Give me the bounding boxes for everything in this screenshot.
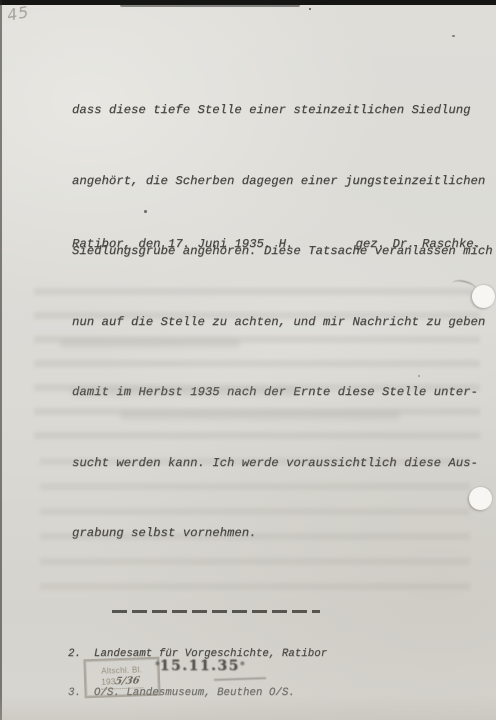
hole-punch-bottom <box>469 487 492 510</box>
scan-top-edge <box>0 0 496 5</box>
body-line: dass diese tiefe Stelle einer steinzeitl… <box>72 99 490 123</box>
signature: gez. Dr. Raschke. <box>356 237 481 251</box>
scanned-document-page: 45 dass diese tiefe Stelle einer steinze… <box>0 0 496 720</box>
stamp-ornament: * <box>240 661 245 671</box>
stamp-ornament: * <box>155 661 160 671</box>
bleed-through-line <box>60 340 240 348</box>
paper-speck <box>144 210 147 213</box>
paper-speck <box>309 8 311 10</box>
handwritten-page-number: 45 <box>6 2 31 25</box>
typewritten-body: dass diese tiefe Stelle einer steinzeitl… <box>72 52 490 593</box>
paper-speck <box>418 375 420 377</box>
dateline: Ratibor, den 17. Juni 1935. H. gez. Dr. … <box>72 237 481 251</box>
registry-stamp-handwritten: 5/36 <box>114 675 140 687</box>
date-stamp-value: 15.11.35 <box>160 658 240 674</box>
body-line: grabung selbst vornehmen. <box>72 522 490 546</box>
registry-stamp: Altschl. Bl. 1935/36 <box>83 657 160 699</box>
body-line: angehört, die Scherben dagegen einer jun… <box>72 170 490 194</box>
registry-stamp-line2: 1935/36 <box>101 675 143 689</box>
body-line: sucht werden kann. Ich werde voraussicht… <box>72 452 490 476</box>
hole-punch-top <box>472 285 495 308</box>
body-line: nun auf die Stelle zu achten, und mir Na… <box>72 311 490 335</box>
date-stamp: *15.11.35* <box>155 658 245 674</box>
bleed-through-line <box>70 388 300 396</box>
registry-stamp-line1: Altschl. Bl. <box>101 665 142 675</box>
bleed-through-line <box>120 412 400 420</box>
scan-bottom-shade <box>0 694 496 720</box>
place-and-date: Ratibor, den 17. Juni 1935. H. <box>72 237 293 251</box>
footnote-separator <box>112 610 320 613</box>
paper-speck <box>452 35 455 37</box>
scan-left-edge <box>0 0 2 720</box>
